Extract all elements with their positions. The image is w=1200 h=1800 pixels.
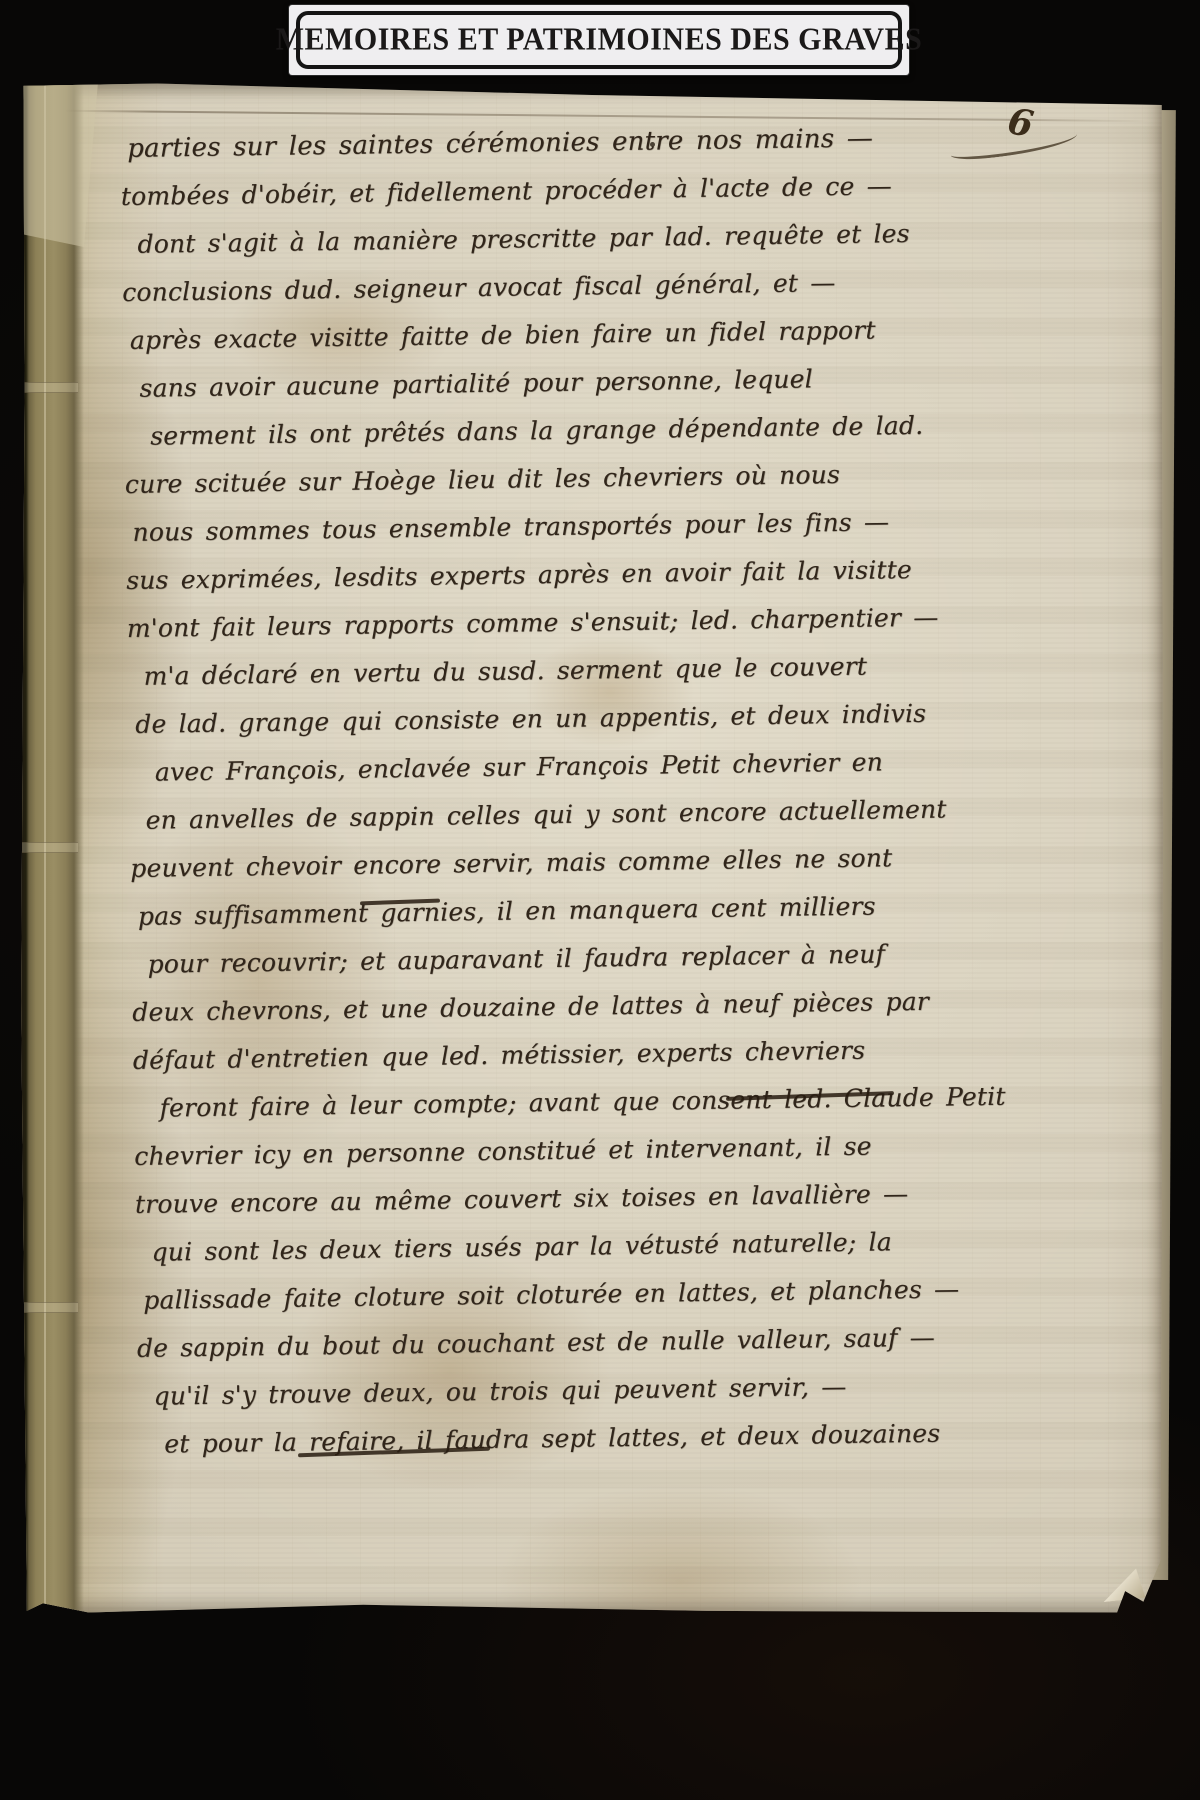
- handwritten-text-block: parties sur les saintes cérémonies entre…: [120, 121, 1059, 1478]
- sewing-band: [20, 1302, 78, 1313]
- sewing-band: [20, 842, 78, 853]
- paper-crease: [65, 110, 1150, 122]
- vellum-binding-tab: [20, 82, 98, 247]
- manuscript-page: 6 parties sur les saintes cérémonies ent…: [20, 82, 1164, 1614]
- archive-banner-label: MEMOIRES ET PATRIMOINES DES GRAVES: [289, 5, 909, 75]
- sewing-band: [20, 382, 78, 393]
- banner-title: MEMOIRES ET PATRIMOINES DES GRAVES: [276, 22, 923, 58]
